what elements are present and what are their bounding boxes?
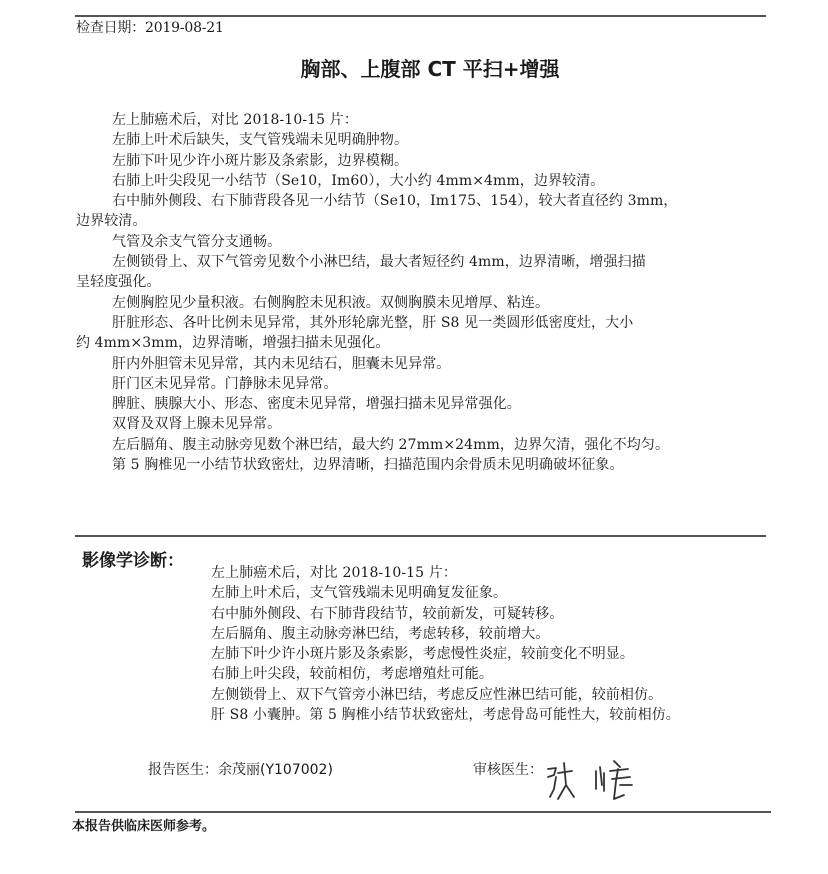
finding-paragraph: 脾脏、胰腺大小、形态、密度未见异常，增强扫描未见异常强化。 [76,394,746,414]
finding-paragraph: 肝脏形态、各叶比例未见异常，其外形轮廓光整，肝 S8 见一类圆形低密度灶，大小约… [76,313,746,354]
diagnosis-section: 左上肺癌术后，对比 2018-10-15 片： 左肺上叶术后，支气管残端未见明确… [211,563,680,725]
finding-line: 左后膈角、腹主动脉旁见数个淋巴结，最大约 27mm×24mm，边界欠清，强化不均… [112,437,669,453]
finding-line-continued: 呈轻度强化。 [76,272,746,292]
finding-paragraph: 右肺上叶尖段见一小结节（Se10，Im60），大小约 4mm×4mm，边界较清。 [76,171,746,191]
top-divider [75,15,766,17]
diagnosis-line: 左肺上叶术后，支气管残端未见明确复发征象。 [211,583,680,603]
finding-paragraph: 左侧锁骨上、双下气管旁见数个小淋巴结，最大者短径约 4mm，边界清晰，增强扫描呈… [76,252,746,293]
diagnosis-line: 左侧锁骨上、双下气管旁小淋巴结，考虑反应性淋巴结可能，较前相仿。 [211,685,680,705]
section-divider [75,535,766,537]
finding-paragraph: 第 5 胸椎见一小结节状致密灶，边界清晰，扫描范围内余骨质未见明确破坏征象。 [76,455,746,475]
finding-line: 右中肺外侧段、右下肺背段各见一小结节（Se10，Im175、154），较大者直径… [112,193,677,209]
finding-line-continued: 约 4mm×3mm，边界清晰，增强扫描未见强化。 [76,333,746,353]
finding-paragraph: 双肾及双肾上腺未见异常。 [76,414,746,434]
diagnosis-line: 右中肺外侧段、右下肺背段结节，较前新发，可疑转移。 [211,604,680,624]
handwritten-signature: 张 峰 (handwritten) [544,755,654,805]
finding-line-continued: 边界较清。 [76,211,746,231]
footer-divider [75,811,771,813]
finding-paragraph: 肝内外胆管未见异常，其内未见结石，胆囊未见异常。 [76,354,746,374]
finding-line: 右肺上叶尖段见一小结节（Se10，Im60），大小约 4mm×4mm，边界较清。 [112,173,604,189]
finding-line: 左肺上叶术后缺失，支气管残端未见明确肿物。 [112,132,408,148]
finding-paragraph: 左上肺癌术后，对比 2018-10-15 片： [76,110,746,130]
finding-line: 左肺下叶见少许小斑片影及条索影，边界模糊。 [112,153,408,169]
finding-paragraph: 左肺上叶术后缺失，支气管残端未见明确肿物。 [76,130,746,150]
disclaimer-note: 本报告供临床医师参考。 [72,817,215,837]
finding-line: 气管及余支气管分支通畅。 [112,234,281,250]
finding-line: 第 5 胸椎见一小结节状致密灶，边界清晰，扫描范围内余骨质未见明确破坏征象。 [112,457,624,473]
finding-line: 肝门区未见异常。门静脉未见异常。 [112,376,338,392]
finding-paragraph: 左后膈角、腹主动脉旁见数个淋巴结，最大约 27mm×24mm，边界欠清，强化不均… [76,435,746,455]
finding-line: 左上肺癌术后，对比 2018-10-15 片： [112,112,358,128]
finding-line: 脾脏、胰腺大小、形态、密度未见异常，增强扫描未见异常强化。 [112,396,521,412]
finding-line: 左侧锁骨上、双下气管旁见数个小淋巴结，最大者短径约 4mm，边界清晰，增强扫描 [112,254,646,270]
finding-paragraph: 气管及余支气管分支通畅。 [76,232,746,252]
findings-section: 左上肺癌术后，对比 2018-10-15 片： 左肺上叶术后缺失，支气管残端未见… [76,110,746,475]
finding-paragraph: 肝门区未见异常。门静脉未见异常。 [76,374,746,394]
finding-paragraph: 右中肺外侧段、右下肺背段各见一小结节（Se10，Im175、154），较大者直径… [76,191,746,232]
exam-date: 检查日期：2019-08-21 [76,18,224,38]
diagnosis-line: 左肺下叶少许小斑片影及条索影，考虑慢性炎症，较前变化不明显。 [211,644,680,664]
reviewing-physician-label: 审核医生： [473,760,543,780]
diagnosis-line: 左上肺癌术后，对比 2018-10-15 片： [211,563,680,583]
reporting-physician: 报告医生：余茂丽(Y107002) [148,760,333,780]
finding-line: 双肾及双肾上腺未见异常。 [112,416,281,432]
finding-paragraph: 左肺下叶见少许小斑片影及条索影，边界模糊。 [76,151,746,171]
diagnosis-line: 左后膈角、腹主动脉旁淋巴结，考虑转移，较前增大。 [211,624,680,644]
diagnosis-line: 肝 S8 小囊肿。第 5 胸椎小结节状致密灶，考虑骨岛可能性大，较前相仿。 [211,705,680,725]
finding-line: 左侧胸腔见少量积液。右侧胸腔未见积液。双侧胸膜未见增厚、粘连。 [112,295,549,311]
finding-paragraph: 左侧胸腔见少量积液。右侧胸腔未见积液。双侧胸膜未见增厚、粘连。 [76,293,746,313]
diagnosis-line: 右肺上叶尖段，较前相仿，考虑增殖灶可能。 [211,664,680,684]
finding-line: 肝内外胆管未见异常，其内未见结石，胆囊未见异常。 [112,356,450,372]
signature-strokes-icon [544,755,654,805]
finding-line: 肝脏形态、各叶比例未见异常，其外形轮廓光整，肝 S8 见一类圆形低密度灶，大小 [112,315,633,331]
report-title: 胸部、上腹部 CT 平扫+增强 [0,55,828,83]
diagnosis-heading: 影像学诊断： [82,549,184,573]
